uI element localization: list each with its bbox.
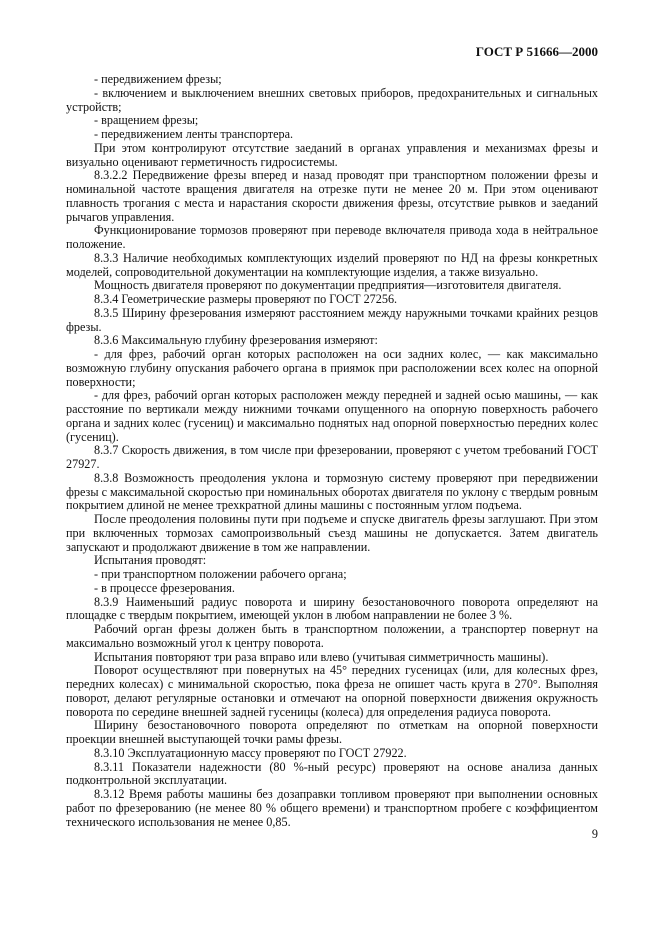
paragraph: Ширину безостановочного поворота определ… <box>66 719 598 747</box>
paragraph: - для фрез, рабочий орган которых распол… <box>66 389 598 444</box>
paragraph: Рабочий орган фрезы должен быть в трансп… <box>66 623 598 651</box>
paragraph: При этом контролируют отсутствие заедани… <box>66 142 598 170</box>
paragraph: 8.3.9 Наименьший радиус поворота и ширин… <box>66 596 598 624</box>
paragraph: Функционирование тормозов проверяют при … <box>66 224 598 252</box>
paragraph: 8.3.2.2 Передвижение фрезы вперед и наза… <box>66 169 598 224</box>
paragraph: 8.3.8 Возможность преодоления уклона и т… <box>66 472 598 513</box>
page-number: 9 <box>592 827 598 842</box>
paragraph: Испытания проводят: <box>66 554 598 568</box>
paragraph: - передвижением ленты транспортера. <box>66 128 598 142</box>
paragraph: 8.3.6 Максимальную глубину фрезерования … <box>66 334 598 348</box>
paragraph: После преодоления половины пути при подъ… <box>66 513 598 554</box>
paragraph: Мощность двигателя проверяют по документ… <box>66 279 598 293</box>
paragraph: 8.3.12 Время работы машины без дозаправк… <box>66 788 598 829</box>
paragraph: - для фрез, рабочий орган которых распол… <box>66 348 598 389</box>
paragraph: 8.3.11 Показатели надежности (80 %-ный р… <box>66 761 598 789</box>
document-body: - передвижением фрезы; - включением и вы… <box>66 73 598 829</box>
paragraph: - в процессе фрезерования. <box>66 582 598 596</box>
paragraph: - вращением фрезы; <box>66 114 598 128</box>
paragraph: 8.3.4 Геометрические размеры проверяют п… <box>66 293 598 307</box>
paragraph: Поворот осуществляют при повернутых на 4… <box>66 664 598 719</box>
paragraph: 8.3.3 Наличие необходимых комплектующих … <box>66 252 598 280</box>
document-header: ГОСТ Р 51666—2000 <box>476 44 598 60</box>
paragraph: 8.3.7 Скорость движения, в том числе при… <box>66 444 598 472</box>
paragraph: - при транспортном положении рабочего ор… <box>66 568 598 582</box>
paragraph: 8.3.5 Ширину фрезерования измеряют расст… <box>66 307 598 335</box>
paragraph: - передвижением фрезы; <box>66 73 598 87</box>
paragraph: - включением и выключением внешних свето… <box>66 87 598 115</box>
paragraph: 8.3.10 Эксплуатационную массу проверяют … <box>66 747 598 761</box>
paragraph: Испытания повторяют три раза вправо или … <box>66 651 598 665</box>
